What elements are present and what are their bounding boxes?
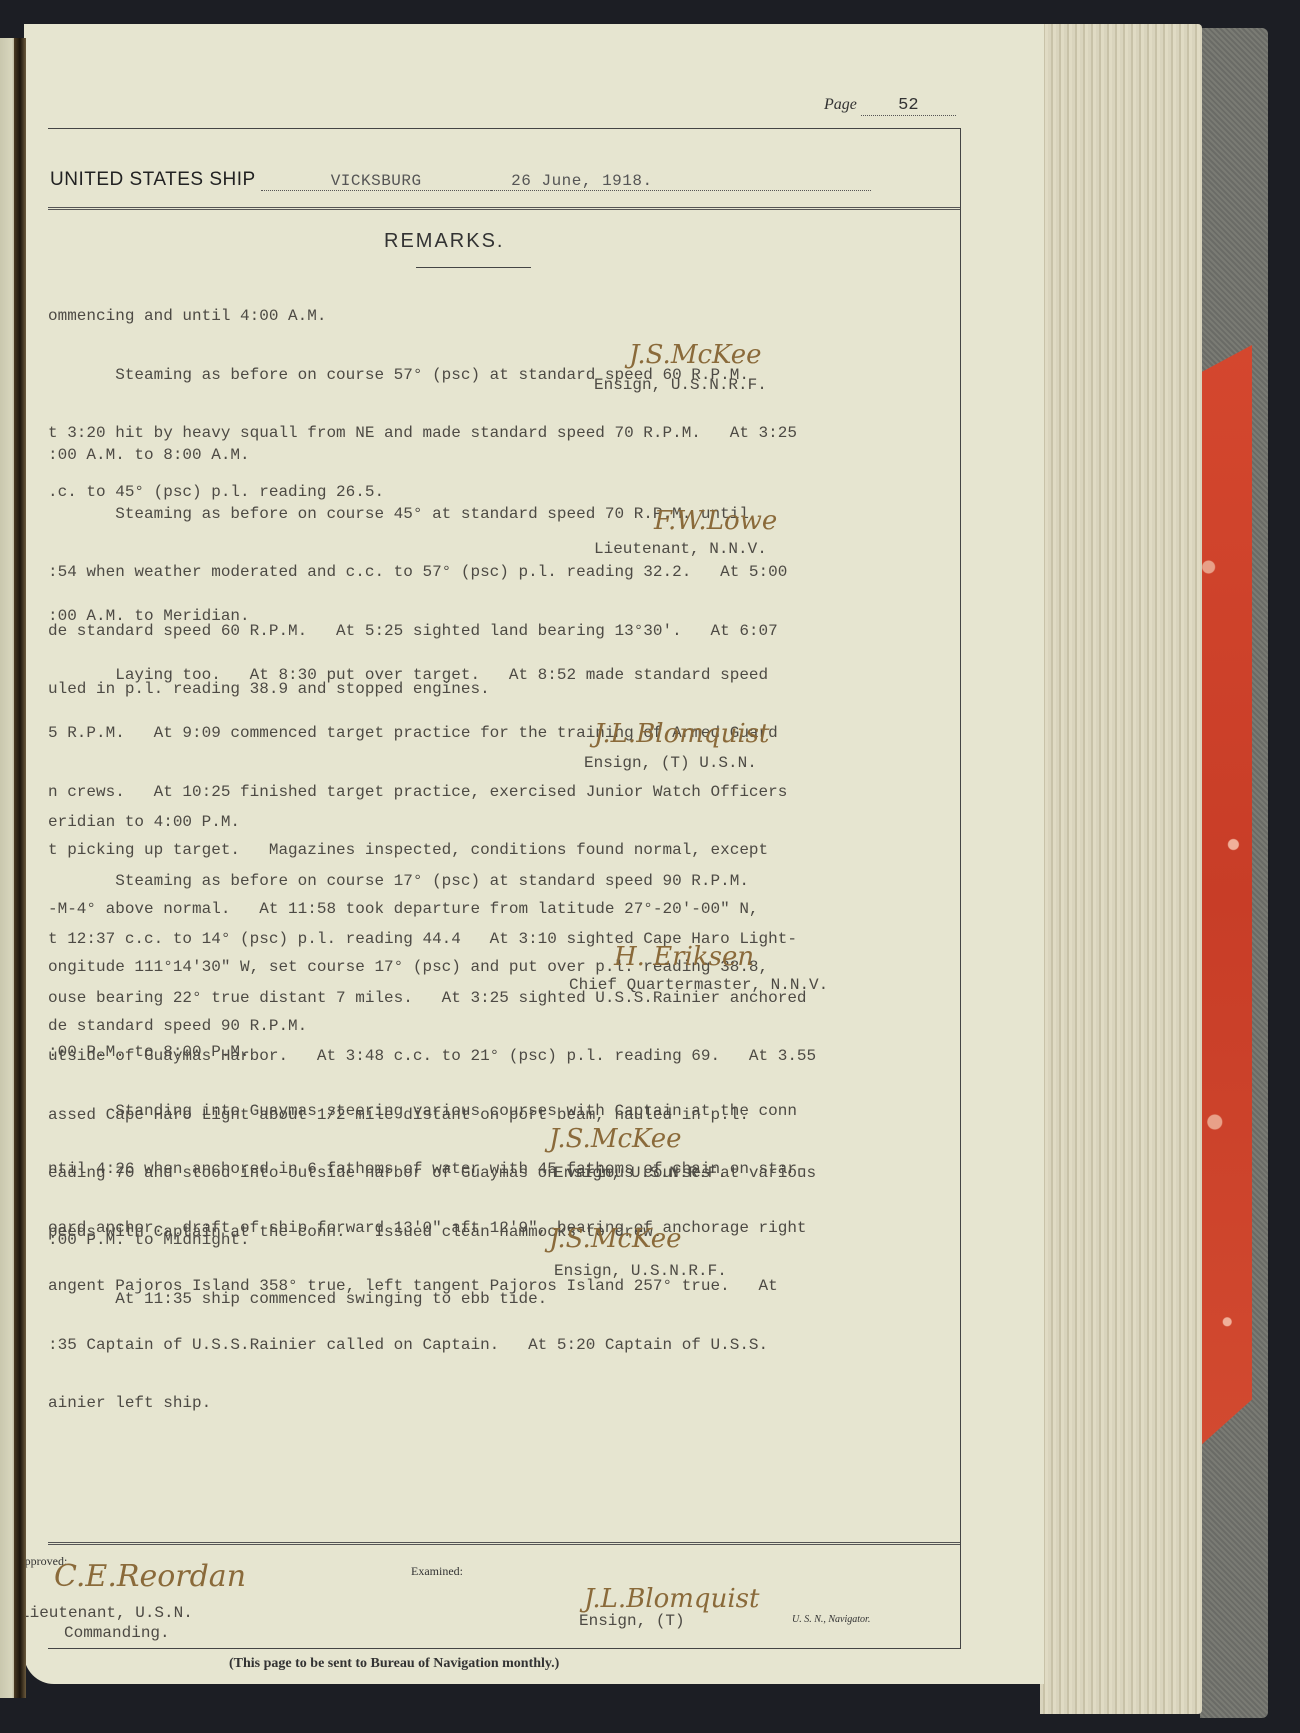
watch-line: :00 A.M. to 8:00 A.M. (48, 446, 787, 466)
watch-line: At 11:35 ship commenced swinging to ebb … (48, 1290, 547, 1310)
log-page: Page 52 UNITED STATES SHIP VICKSBURG26 J… (24, 24, 1044, 1684)
officer-rank: Ensign, U.S.N.R.F. (554, 1262, 727, 1280)
footer-rule (48, 1542, 960, 1545)
signature: J.S.McKee (549, 1124, 682, 1154)
log-date: 26 June, 1918. (491, 172, 871, 191)
watch-line: ainier left ship. (48, 1394, 807, 1414)
watch-line: eridian to 4:00 P.M. (48, 813, 816, 833)
examined-signature: J.L.Blomquist (584, 1584, 759, 1614)
navigator-label: U. S. N., Navigator. (792, 1614, 870, 1625)
officer-rank: Ensign, (T) U.S.N. (584, 754, 757, 772)
page-number-field: Page 52 (824, 96, 964, 116)
watch-line: :00 P.M. to 8:00 P.M. (48, 1043, 807, 1063)
watch-line: :00 A.M. to Meridian. (48, 607, 787, 627)
ship-header: UNITED STATES SHIP VICKSBURG26 June, 191… (50, 169, 930, 191)
page-block-edges (1040, 24, 1202, 1714)
approved-signature: C.E.Reordan (54, 1559, 246, 1594)
book-gutter (14, 38, 26, 1698)
form-bottom-rule (48, 1648, 960, 1649)
bureau-note: (This page to be sent to Bureau of Navig… (229, 1656, 559, 1672)
watch-line: Laying too. At 8:30 put over target. At … (48, 666, 787, 686)
watch-line: Standing into Guaymas steering various c… (48, 1102, 807, 1122)
officer-rank: Chief Quartermaster, N.N.V. (569, 976, 828, 994)
page-label: Page (824, 96, 857, 113)
page-number: 52 (861, 96, 956, 116)
signature: J.L.Blomquist (594, 719, 769, 749)
examined-label: Examined: (411, 1564, 463, 1579)
signature: J.S.McKee (549, 1224, 682, 1254)
officer-rank: Ensign, U.S.N.R.F. (554, 1164, 727, 1182)
signature: H. Eriksen (614, 942, 754, 972)
watch-line: Steaming as before on course 17° (psc) a… (48, 872, 816, 892)
officer-rank: Lieutenant, N.N.V. (594, 540, 767, 558)
watch-line: :00 P.M. to Midnight. (48, 1231, 547, 1251)
examined-rank: Ensign, (T) (579, 1612, 685, 1630)
ship-name: VICKSBURG (261, 172, 491, 191)
header-rule (48, 207, 960, 210)
approved-rank: Lieutenant, U.S.N. (20, 1604, 193, 1622)
signature: J.S.McKee (629, 340, 762, 370)
officer-rank: Ensign, U.S.N.R.F. (594, 376, 767, 394)
approved-rank-commanding: Commanding. (64, 1624, 170, 1642)
watch-entry-first-watch: :00 P.M. to Midnight. At 11:35 ship comm… (48, 1192, 547, 1348)
signature: F.W.Lowe (654, 506, 777, 536)
watch-line: ommencing and until 4:00 A.M. (48, 307, 797, 327)
remarks-title: REMARKS. (384, 230, 504, 253)
ship-label: UNITED STATES SHIP (50, 169, 255, 190)
